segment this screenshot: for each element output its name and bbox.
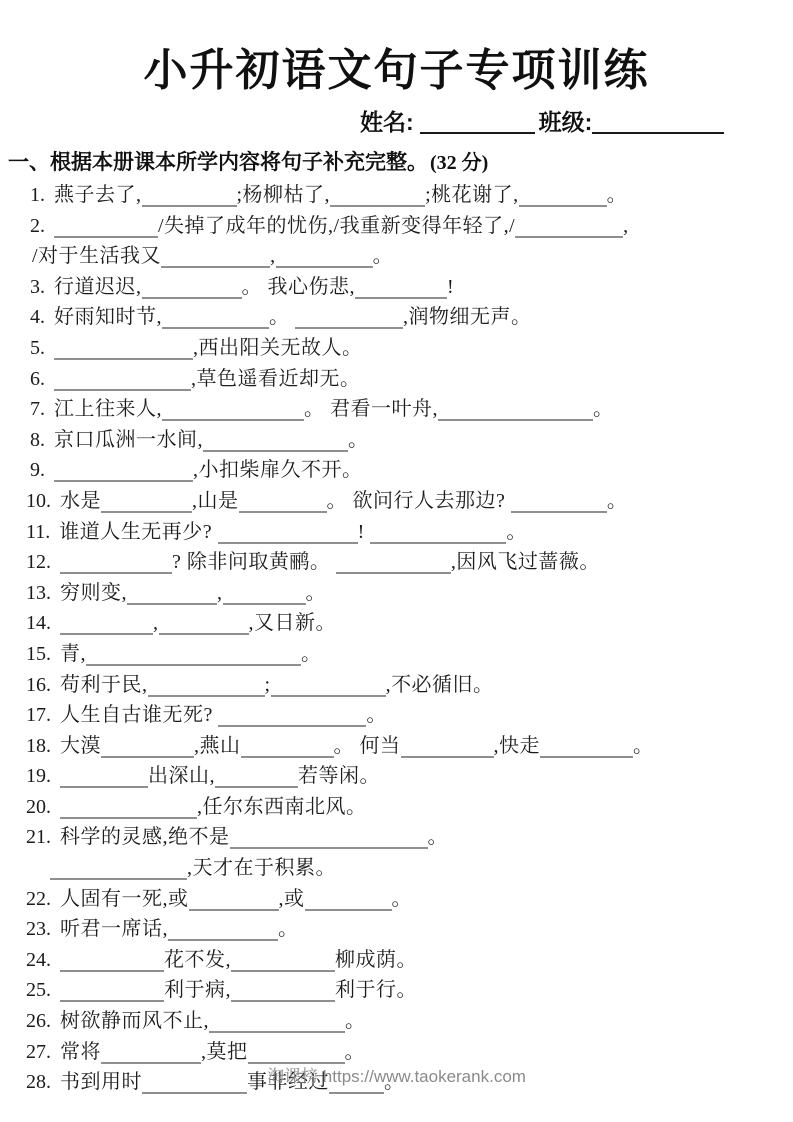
item-text: 。 (373, 245, 394, 267)
item-number: 16. (26, 674, 51, 696)
item-text: 苟利于民, (60, 674, 148, 696)
item-text: 。 (306, 582, 327, 604)
exercise-line: 18.大漠,燕山。 何当,快走。 (0, 731, 793, 762)
fill-in-blank[interactable] (203, 436, 348, 452)
fill-in-blank[interactable] (60, 619, 153, 635)
fill-in-blank[interactable] (230, 833, 428, 849)
fill-in-blank[interactable] (127, 589, 217, 605)
section-heading: 一、根据本册课本所学内容将句子补充完整。(32 分) (8, 146, 488, 176)
item-text: /对于生活我又 (32, 245, 161, 267)
fill-in-blank[interactable] (271, 681, 386, 697)
exercise-line: 4.好雨知时节,。 ,润物细无声。 (0, 302, 793, 333)
exercise-line: ,天才在于积累。 (0, 853, 793, 884)
fill-in-blank[interactable] (168, 925, 278, 941)
item-text: 若等闲。 (298, 765, 380, 787)
item-number: 25. (26, 979, 51, 1001)
item-text: ;杨柳枯了, (237, 184, 331, 206)
item-text: 。 (345, 1010, 366, 1032)
fill-in-blank[interactable] (276, 252, 373, 268)
fill-in-blank[interactable] (60, 956, 164, 972)
item-text: 。 (607, 490, 628, 512)
item-text: ;桃花谢了, (425, 184, 519, 206)
item-text: ,燕山 (194, 735, 241, 757)
fill-in-blank[interactable] (438, 405, 593, 421)
item-text: 。 君看一叶舟, (304, 398, 438, 420)
fill-in-blank[interactable] (54, 344, 193, 360)
exercise-line: 12.? 除非问取黄鹂。 ,因风飞过蔷薇。 (0, 547, 793, 578)
item-text: ? 除非问取黄鹂。 (172, 551, 336, 573)
item-text: 。 (506, 521, 527, 543)
fill-in-blank[interactable] (60, 772, 148, 788)
item-text: ! (447, 276, 454, 298)
item-text: 穷则变, (60, 582, 127, 604)
fill-in-blank[interactable] (209, 1017, 345, 1033)
fill-in-blank[interactable] (142, 191, 237, 207)
exercise-line: 19.出深山,若等闲。 (0, 761, 793, 792)
item-text: ,草色遥看近却无。 (191, 368, 361, 390)
item-text: ,快走 (494, 735, 541, 757)
item-text: 听君一席话, (60, 918, 168, 940)
fill-in-blank[interactable] (295, 313, 403, 329)
item-text: 利于病, (164, 979, 231, 1001)
item-number: 21. (26, 826, 51, 848)
fill-in-blank[interactable] (54, 222, 158, 238)
page-title: 小升初语文句子专项训练 (0, 34, 793, 98)
exercise-line: 7.江上往来人,。 君看一叶舟,。 (0, 394, 793, 425)
fill-in-blank[interactable] (101, 742, 194, 758)
worksheet-page: 小升初语文句子专项训练 姓名:班级: 一、根据本册课本所学内容将句子补充完整。(… (0, 0, 793, 1122)
exercise-line: 10.水是,山是。 欲问行人去那边? 。 (0, 486, 793, 517)
fill-in-blank[interactable] (223, 589, 306, 605)
fill-in-blank[interactable] (159, 619, 249, 635)
fill-in-blank[interactable] (540, 742, 633, 758)
fill-in-blank[interactable] (511, 497, 607, 513)
exercise-line: 16.苟利于民,;,不必循旧。 (0, 670, 793, 701)
exercise-line: 5.,西出阳关无故人。 (0, 333, 793, 364)
item-text: 。 我心伤悲, (242, 276, 356, 298)
item-text: ,西出阳关无故人。 (193, 337, 363, 359)
watermark-url: https://www.taokerank.com (323, 1067, 526, 1086)
exercise-line: 2./失掉了成年的忧伤,/我重新变得年轻了,/, (0, 211, 793, 242)
exercise-line: 8.京口瓜洲一水间,。 (0, 425, 793, 456)
item-text: 科学的灵感,绝不是 (60, 826, 230, 848)
fill-in-blank[interactable] (401, 742, 494, 758)
fill-in-blank[interactable] (162, 313, 269, 329)
watermark-brand: 淘课榜 (267, 1067, 318, 1086)
exercise-line: 24.花不发,柳成荫。 (0, 945, 793, 976)
fill-in-blank[interactable] (231, 956, 335, 972)
fill-in-blank[interactable] (515, 222, 623, 238)
item-text: 燕子去了, (54, 184, 142, 206)
item-text: ,莫把 (201, 1041, 248, 1063)
item-text: 树欲静而风不止, (60, 1010, 209, 1032)
item-number: 11. (26, 521, 50, 543)
item-text: 。 (348, 429, 369, 451)
item-text: ,或 (279, 888, 305, 910)
fill-in-blank[interactable] (60, 986, 164, 1002)
fill-in-blank[interactable] (162, 405, 304, 421)
class-label: 班级: (539, 109, 593, 135)
item-text: 。 (593, 398, 614, 420)
item-number: 15. (26, 643, 51, 665)
name-input-line[interactable] (420, 112, 535, 134)
fill-in-blank[interactable] (336, 558, 451, 574)
item-text: 大漠 (60, 735, 101, 757)
fill-in-blank[interactable] (218, 528, 358, 544)
exercise-list: 1.燕子去了,;杨柳枯了,;桃花谢了,。2./失掉了成年的忧伤,/我重新变得年轻… (0, 180, 793, 1098)
item-text: 人固有一死,或 (60, 888, 189, 910)
fill-in-blank[interactable] (189, 895, 279, 911)
item-number: 20. (26, 796, 51, 818)
fill-in-blank[interactable] (355, 283, 447, 299)
fill-in-blank[interactable] (231, 986, 335, 1002)
item-text: 。 (607, 184, 628, 206)
exercise-line: 22.人固有一死,或,或。 (0, 884, 793, 915)
fill-in-blank[interactable] (142, 283, 242, 299)
item-number: 27. (26, 1041, 51, 1063)
watermark: 淘课榜 https://www.taokerank.com (0, 1062, 793, 1087)
exercise-line: 17.人生自古谁无死? 。 (0, 700, 793, 731)
item-number: 18. (26, 735, 51, 757)
fill-in-blank[interactable] (161, 252, 270, 268)
fill-in-blank[interactable] (330, 191, 425, 207)
item-text: 。 (301, 643, 322, 665)
item-number: 2. (30, 215, 45, 237)
fill-in-blank[interactable] (50, 864, 187, 880)
exercise-line: 6.,草色遥看近却无。 (0, 364, 793, 395)
item-text: 谁道人生无再少? (59, 521, 217, 543)
item-text: 江上往来人, (54, 398, 162, 420)
student-info-line: 姓名:班级: (360, 104, 724, 137)
item-text: 水是 (60, 490, 101, 512)
fill-in-blank[interactable] (60, 803, 197, 819)
item-text: ,任尔东西南北风。 (197, 796, 367, 818)
item-number: 24. (26, 949, 51, 971)
section-heading-text: 一、根据本册课本所学内容将句子补充完整。 (8, 151, 428, 174)
item-text: 。 (428, 826, 449, 848)
exercise-line: 23.听君一席话,。 (0, 914, 793, 945)
item-text: ,又日新。 (249, 612, 337, 634)
item-text: ,不必循旧。 (386, 674, 494, 696)
fill-in-blank[interactable] (60, 558, 172, 574)
item-text: 好雨知时节, (54, 306, 162, 328)
item-text: 柳成荫。 (335, 949, 417, 971)
exercise-line: 26.树欲静而风不止,。 (0, 1006, 793, 1037)
item-text: ,润物细无声。 (403, 306, 532, 328)
item-number: 10. (26, 490, 51, 512)
fill-in-blank[interactable] (54, 466, 193, 482)
exercise-line: 15.青,。 (0, 639, 793, 670)
item-number: 19. (26, 765, 51, 787)
item-text: 。 (366, 704, 387, 726)
exercise-line: 1.燕子去了,;杨柳枯了,;桃花谢了,。 (0, 180, 793, 211)
item-number: 8. (30, 429, 45, 451)
item-number: 13. (26, 582, 51, 604)
exercise-line: 3.行道迟迟,。 我心伤悲,! (0, 272, 793, 303)
item-text: 京口瓜洲一水间, (54, 429, 203, 451)
exercise-line: 9.,小扣柴扉久不开。 (0, 455, 793, 486)
item-text: 常将 (60, 1041, 101, 1063)
item-number: 5. (30, 337, 45, 359)
fill-in-blank[interactable] (519, 191, 607, 207)
item-text: 。 欲问行人去那边? (327, 490, 511, 512)
item-text: 青, (60, 643, 86, 665)
fill-in-blank[interactable] (239, 497, 327, 513)
item-number: 4. (30, 306, 45, 328)
item-number: 14. (26, 612, 51, 634)
fill-in-blank[interactable] (218, 711, 366, 727)
item-text: 。 (269, 306, 295, 328)
item-text: ,因风飞过蔷薇。 (451, 551, 600, 573)
item-number: 6. (30, 368, 45, 390)
item-number: 22. (26, 888, 51, 910)
item-text: 人生自古谁无死? (60, 704, 218, 726)
fill-in-blank[interactable] (101, 497, 192, 513)
item-number: 1. (30, 184, 45, 206)
item-number: 3. (30, 276, 45, 298)
item-text: ,山是 (192, 490, 239, 512)
item-number: 23. (26, 918, 51, 940)
item-text: 花不发, (164, 949, 231, 971)
item-text: 。 (392, 888, 413, 910)
item-text: 出深山, (148, 765, 215, 787)
exercise-line: 21.科学的灵感,绝不是。 (0, 822, 793, 853)
item-text: 。 (345, 1041, 366, 1063)
item-text: 。 (633, 735, 654, 757)
fill-in-blank[interactable] (54, 375, 191, 391)
fill-in-blank[interactable] (241, 742, 334, 758)
exercise-line: 11.谁道人生无再少? ! 。 (0, 517, 793, 548)
item-text: , (623, 215, 629, 237)
item-number: 26. (26, 1010, 51, 1032)
exercise-line: /对于生活我又,。 (0, 241, 793, 272)
exercise-line: 20.,任尔东西南北风。 (0, 792, 793, 823)
class-input-line[interactable] (592, 112, 724, 134)
fill-in-blank[interactable] (370, 528, 506, 544)
item-number: 12. (26, 551, 51, 573)
item-number: 17. (26, 704, 51, 726)
item-text: 利于行。 (335, 979, 417, 1001)
item-text: /失掉了成年的忧伤,/我重新变得年轻了,/ (158, 215, 515, 237)
exercise-line: 13.穷则变,,。 (0, 578, 793, 609)
fill-in-blank[interactable] (148, 681, 265, 697)
fill-in-blank[interactable] (215, 772, 298, 788)
exercise-line: 25.利于病,利于行。 (0, 975, 793, 1006)
item-number: 9. (30, 459, 45, 481)
item-text: ! (358, 521, 371, 543)
item-text: 行道迟迟, (54, 276, 142, 298)
section-points: (32 分) (430, 152, 488, 174)
fill-in-blank[interactable] (305, 895, 392, 911)
item-text: ,小扣柴扉久不开。 (193, 459, 363, 481)
item-number: 7. (30, 398, 45, 420)
item-text: 。 何当 (334, 735, 401, 757)
exercise-line: 14.,,又日新。 (0, 608, 793, 639)
item-text: ,天才在于积累。 (187, 857, 336, 879)
fill-in-blank[interactable] (86, 650, 301, 666)
item-text: 。 (278, 918, 299, 940)
name-label: 姓名: (360, 109, 414, 135)
